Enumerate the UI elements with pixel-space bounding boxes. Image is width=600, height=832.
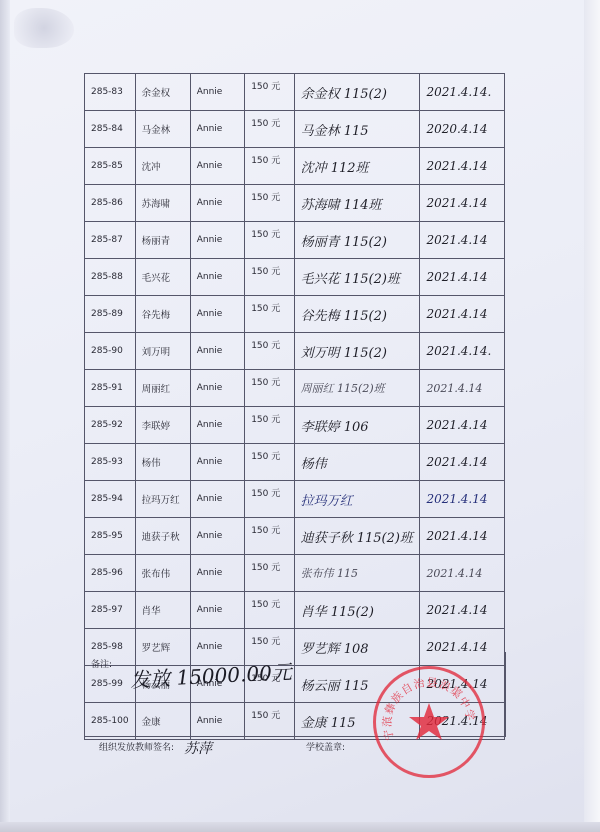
amount: 150 元 [245, 222, 294, 259]
table-row: 285-84马金林Annie150 元马金林 1152020.4.14 [85, 111, 505, 148]
amount: 150 元 [245, 185, 294, 222]
teacher-name: Annie [190, 370, 244, 407]
handwritten-signature: 苏海啸 114班 [294, 185, 420, 222]
handwritten-date: 2021.4.14. [420, 74, 505, 111]
amount: 150 元 [245, 148, 294, 185]
handwritten-signature: 杨丽青 115(2) [294, 222, 420, 259]
student-name: 张布伟 [135, 555, 190, 592]
remarks-handwritten-total: 发放 15000.00元 [129, 656, 292, 693]
record-id: 285-95 [85, 518, 136, 555]
record-id: 285-88 [85, 259, 136, 296]
teacher-name: Annie [190, 555, 244, 592]
record-id: 285-92 [85, 407, 136, 444]
teacher-name: Annie [190, 407, 244, 444]
teacher-name: Annie [190, 592, 244, 629]
student-name: 沈冲 [135, 148, 190, 185]
paper-edge [0, 822, 600, 832]
table-row: 285-95迪获子秋Annie150 元迪获子秋 115(2)班2021.4.1… [85, 518, 505, 555]
student-name: 毛兴花 [135, 259, 190, 296]
teacher-name: Annie [190, 74, 244, 111]
amount: 150 元 [245, 481, 294, 518]
handwritten-signature: 肖华 115(2) [294, 592, 420, 629]
student-name: 苏海啸 [135, 185, 190, 222]
handwritten-signature: 张布伟 115 [294, 555, 420, 592]
paper-crease [14, 8, 74, 48]
handwritten-date: 2021.4.14 [420, 185, 505, 222]
handwritten-signature: 李联婷 106 [294, 407, 420, 444]
table-row: 285-83余金权Annie150 元余金权 115(2)2021.4.14. [85, 74, 505, 111]
handwritten-date: 2021.4.14 [420, 148, 505, 185]
handwritten-date: 2021.4.14 [420, 296, 505, 333]
table-row: 285-96张布伟Annie150 元张布伟 1152021.4.14 [85, 555, 505, 592]
handwritten-date: 2021.4.14 [420, 481, 505, 518]
handwritten-signature: 毛兴花 115(2)班 [294, 259, 420, 296]
handwritten-signature: 沈冲 112班 [294, 148, 420, 185]
star-icon: 宁蒗彝族自治县浪蕖中学 [376, 669, 482, 775]
amount: 150 元 [245, 111, 294, 148]
student-name: 余金权 [135, 74, 190, 111]
teacher-name: Annie [190, 296, 244, 333]
table-row: 285-87杨丽青Annie150 元杨丽青 115(2)2021.4.14 [85, 222, 505, 259]
handwritten-signature: 迪获子秋 115(2)班 [294, 518, 420, 555]
table-row: 285-91周丽红Annie150 元周丽红 115(2)班2021.4.14 [85, 370, 505, 407]
handwritten-date: 2021.4.14 [420, 444, 505, 481]
handwritten-date: 2021.4.14 [420, 555, 505, 592]
teacher-name: Annie [190, 148, 244, 185]
student-name: 李联婷 [135, 407, 190, 444]
table-row: 285-90刘万明Annie150 元刘万明 115(2)2021.4.14. [85, 333, 505, 370]
table-row: 285-89谷先梅Annie150 元谷先梅 115(2)2021.4.14 [85, 296, 505, 333]
teacher-name: Annie [190, 222, 244, 259]
record-id: 285-93 [85, 444, 136, 481]
handwritten-signature: 周丽红 115(2)班 [294, 370, 420, 407]
distribution-table: 285-83余金权Annie150 元余金权 115(2)2021.4.14.2… [84, 73, 505, 740]
student-name: 肖华 [135, 592, 190, 629]
table-row: 285-86苏海啸Annie150 元苏海啸 114班2021.4.14 [85, 185, 505, 222]
teacher-name: Annie [190, 444, 244, 481]
handwritten-signature: 杨伟 [294, 444, 420, 481]
handwritten-date: 2021.4.14. [420, 333, 505, 370]
record-id: 285-85 [85, 148, 136, 185]
amount: 150 元 [245, 74, 294, 111]
record-id: 285-87 [85, 222, 136, 259]
handwritten-signature: 刘万明 115(2) [294, 333, 420, 370]
handwritten-date: 2021.4.14 [420, 518, 505, 555]
table-row: 285-94拉玛万红Annie150 元拉玛万红2021.4.14 [85, 481, 505, 518]
handwritten-signature: 马金林 115 [294, 111, 420, 148]
teacher-name: Annie [190, 185, 244, 222]
handwritten-date: 2021.4.14 [420, 592, 505, 629]
teacher-signature: 苏萍 [184, 738, 212, 758]
amount: 150 元 [245, 592, 294, 629]
student-name: 马金林 [135, 111, 190, 148]
school-seal-stamp: 宁蒗彝族自治县浪蕖中学 [373, 666, 485, 778]
amount: 150 元 [245, 444, 294, 481]
student-name: 谷先梅 [135, 296, 190, 333]
record-id: 285-97 [85, 592, 136, 629]
student-name: 迪获子秋 [135, 518, 190, 555]
amount: 150 元 [245, 370, 294, 407]
table-row: 285-88毛兴花Annie150 元毛兴花 115(2)班2021.4.14 [85, 259, 505, 296]
school-seal-label: 学校盖章: [306, 740, 345, 753]
handwritten-date: 2021.4.14 [420, 407, 505, 444]
table-row: 285-93杨伟Annie150 元杨伟2021.4.14 [85, 444, 505, 481]
student-name: 杨丽青 [135, 222, 190, 259]
record-id: 285-84 [85, 111, 136, 148]
record-id: 285-96 [85, 555, 136, 592]
record-id: 285-90 [85, 333, 136, 370]
amount: 150 元 [245, 259, 294, 296]
amount: 150 元 [245, 555, 294, 592]
table-row: 285-85沈冲Annie150 元沈冲 112班2021.4.14 [85, 148, 505, 185]
record-id: 285-91 [85, 370, 136, 407]
amount: 150 元 [245, 333, 294, 370]
handwritten-date: 2021.4.14 [420, 370, 505, 407]
table-row: 285-97肖华Annie150 元肖华 115(2)2021.4.14 [85, 592, 505, 629]
teacher-name: Annie [190, 111, 244, 148]
remarks-label: 备注: [91, 657, 112, 670]
handwritten-date: 2020.4.14 [420, 111, 505, 148]
handwritten-signature: 谷先梅 115(2) [294, 296, 420, 333]
teacher-signature-label: 组织发放教师签名: [99, 740, 174, 753]
teacher-name: Annie [190, 259, 244, 296]
record-id: 285-94 [85, 481, 136, 518]
paper-edge [0, 0, 10, 832]
student-name: 拉玛万红 [135, 481, 190, 518]
amount: 150 元 [245, 407, 294, 444]
table-row: 285-92李联婷Annie150 元李联婷 1062021.4.14 [85, 407, 505, 444]
amount: 150 元 [245, 518, 294, 555]
amount: 150 元 [245, 296, 294, 333]
handwritten-date: 2021.4.14 [420, 259, 505, 296]
record-id: 285-86 [85, 185, 136, 222]
handwritten-date: 2021.4.14 [420, 222, 505, 259]
record-id: 285-83 [85, 74, 136, 111]
teacher-name: Annie [190, 518, 244, 555]
student-name: 杨伟 [135, 444, 190, 481]
teacher-name: Annie [190, 333, 244, 370]
paper-edge [584, 0, 600, 832]
handwritten-signature: 余金权 115(2) [294, 74, 420, 111]
handwritten-signature: 拉玛万红 [294, 481, 420, 518]
student-name: 刘万明 [135, 333, 190, 370]
student-name: 周丽红 [135, 370, 190, 407]
teacher-name: Annie [190, 481, 244, 518]
record-id: 285-89 [85, 296, 136, 333]
